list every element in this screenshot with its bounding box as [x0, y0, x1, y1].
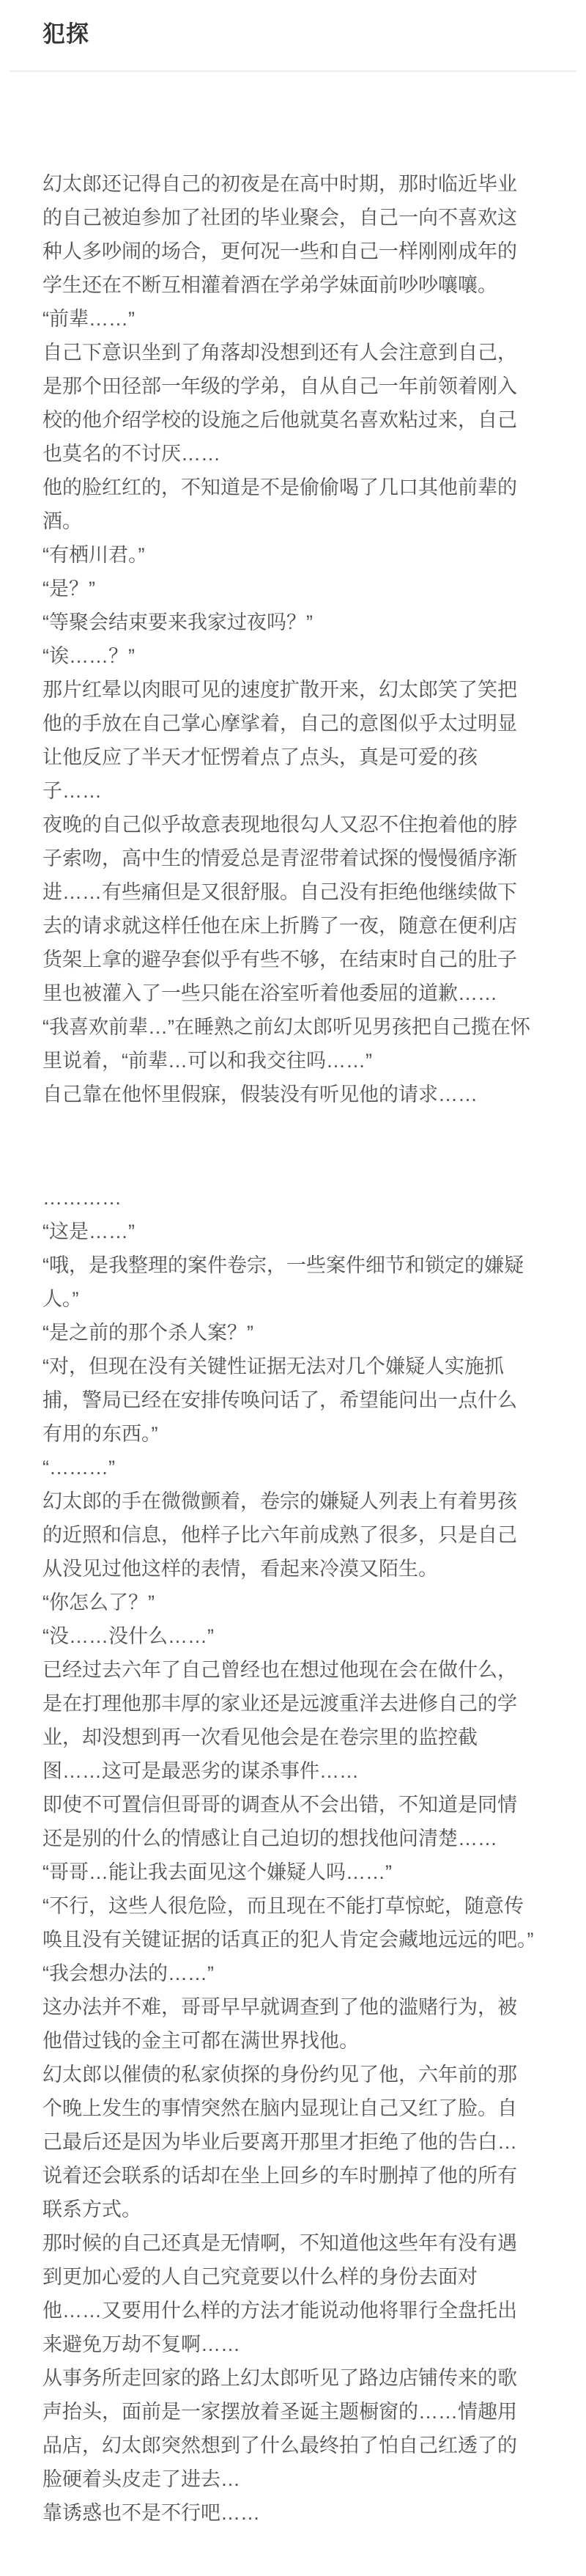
- story-paragraph: “等聚会结束要来我家过夜吗？”: [42, 606, 535, 639]
- story-paragraph: 那片红晕以肉眼可见的速度扩散开来，幻太郎笑了笑把他的手放在自己掌心摩挲着，自己的…: [42, 673, 535, 808]
- story-paragraph: “前辈……”: [42, 302, 535, 336]
- story-paragraph: “是？”: [42, 572, 535, 606]
- story-paragraph: 夜晚的自己似乎故意表现地很勾人又忍不住抱着他的脖子索吻，高中生的情爱总是青涩带着…: [42, 808, 535, 1010]
- story-paragraph: 即使不可置信但哥哥的调查从不会出错，不知道是同情还是别的什么的情感让自己迫切的想…: [42, 1788, 535, 1855]
- story-paragraph: 他的脸红红的，不知道是不是偷偷喝了几口其他前辈的酒。: [42, 471, 535, 538]
- story-paragraph: “我会想办法的……”: [42, 1957, 535, 1990]
- story-paragraph: 幻太郎还记得自己的初夜是在高中时期，那时临近毕业的自己被迫参加了社团的毕业聚会，…: [42, 167, 535, 302]
- story-page: 犯探 幻太郎还记得自己的初夜是在高中时期，那时临近毕业的自己被迫参加了社团的毕业…: [0, 0, 586, 2576]
- story-paragraph: 已经过去六年了自己曾经也在想过他现在会在做什么，是在打理他那丰厚的家业还是远渡重…: [42, 1653, 535, 1788]
- story-paragraph: “………”: [42, 1451, 535, 1484]
- story-paragraph: “是之前的那个杀人案？”: [42, 1316, 535, 1350]
- story-paragraph: 幻太郎的手在微微颤着，卷宗的嫌疑人列表上有着男孩的近照和信息，他样子比六年前成熟…: [42, 1484, 535, 1586]
- story-paragraph: “不行，这些人很危险，而且现在不能打草惊蛇，随意传唤且没有关键证据的话真正的犯人…: [42, 1889, 535, 1957]
- story-paragraph: 从事务所走回家的路上幻太郎听见了路边店铺传来的歌声抬头，面前是一家摆放着圣诞主题…: [42, 2361, 535, 2496]
- story-paragraph: “我喜欢前辈…”在睡熟之前幻太郎听见男孩把自己揽在怀里说着，“前辈…可以和我交往…: [42, 1010, 535, 1078]
- story-paragraph: 幻太郎以催债的私家侦探的身份约见了他，六年前的那个晚上发生的事情突然在脑内显现让…: [42, 2058, 535, 2226]
- story-paragraph: “有栖川君。”: [42, 538, 535, 572]
- story-paragraph: 自己靠在他怀里假寐，假装没有听见他的请求……: [42, 1078, 535, 1111]
- story-paragraph: “这是……”: [42, 1215, 535, 1248]
- story-paragraph: “对，但现在没有关键性证据无法对几个嫌疑人实施抓捕，警局已经在安排传唤问话了，希…: [42, 1350, 535, 1451]
- story-paragraph: 那时候的自己还真是无情啊，不知道他这些年有没有遇到更加心爱的人自己究竟要以什么样…: [42, 2226, 535, 2361]
- story-paragraph: 这办法并不难，哥哥早早就调查到了他的滥赌行为，被他借过钱的金主可都在满世界找他。: [42, 1990, 535, 2058]
- story-paragraph: “你怎么了？”: [42, 1586, 535, 1619]
- story-paragraph: 靠诱惑也不是不行吧……: [42, 2496, 535, 2530]
- story-paragraph: 自己下意识坐到了角落却没想到还有人会注意到自己，是那个田径部一年级的学弟，自从自…: [42, 336, 535, 471]
- story-paragraph: “哥哥…能让我去面见这个嫌疑人吗……”: [42, 1855, 535, 1889]
- story-content: 幻太郎还记得自己的初夜是在高中时期，那时临近毕业的自己被迫参加了社团的毕业聚会，…: [0, 72, 586, 2543]
- story-paragraph: …………: [42, 1181, 535, 1215]
- story-paragraph: “哦，是我整理的案件卷宗，一些案件细节和锁定的嫌疑人。”: [42, 1248, 535, 1316]
- page-title: 犯探: [0, 0, 586, 51]
- story-paragraph: “诶……？”: [42, 639, 535, 673]
- story-paragraph: “没……没什么……”: [42, 1619, 535, 1653]
